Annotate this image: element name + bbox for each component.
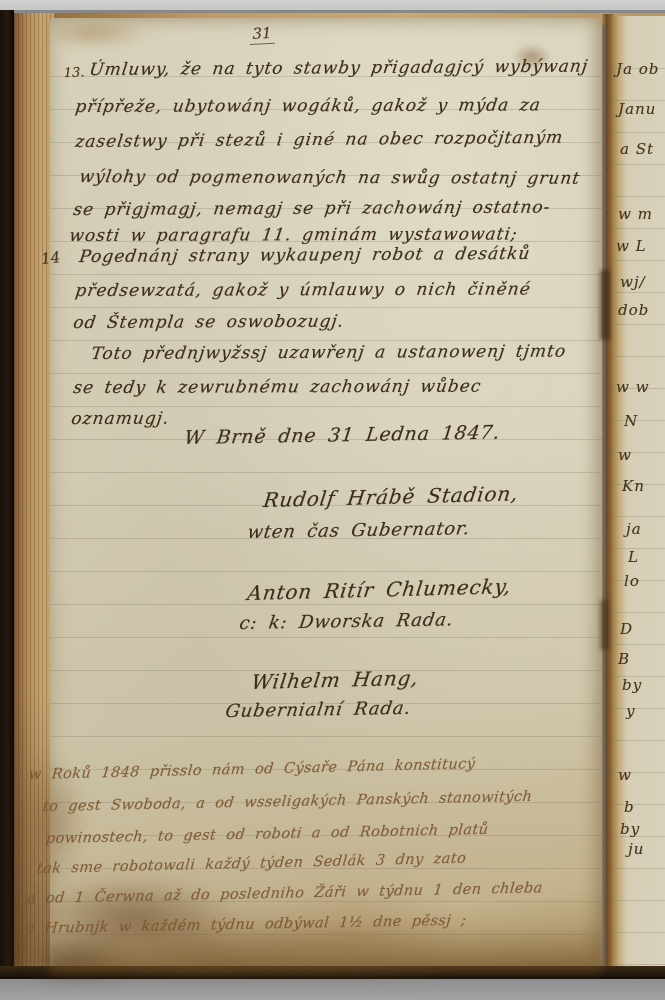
manuscript-line: přípřeže, ubytowánj wogáků, gakož y mýda… [74,95,542,117]
next-page-text-fragment: b [624,798,635,816]
signature-title: wten čas Gubernator. [246,518,471,543]
next-page-text-fragment: by [620,820,640,838]
paragraph-marker: 14 [40,248,61,268]
next-page-text-fragment: Janu [618,100,656,118]
background-strip-bottom [0,978,665,1000]
next-page-text-fragment: ju [628,840,644,858]
signature-title: Gubernialní Rada. [224,698,412,722]
next-page-text-fragment: w m [618,205,653,223]
manuscript-line: se přigjmagj, nemagj se při zachowánj os… [72,198,552,220]
manuscript-line: Úmluwy, že na tyto stawby přigadagjcý wy… [88,57,589,80]
next-page-text-fragment: w w [616,378,649,396]
next-page-text-fragment: y [626,702,635,720]
page-number: 31 [249,24,275,45]
manuscript-line: Pogednánj strany wykaupenj robot a desát… [78,244,532,267]
next-page-text-fragment: lo [624,572,640,590]
next-page-text-fragment: a St [620,140,654,158]
manuscript-line: se tedy k zewrubnému zachowánj wůbec [72,377,483,398]
manuscript-line: oznamugj. [70,409,171,429]
manuscript-line: wýlohy od pogmenowaných na swůg ostatnj … [78,167,582,189]
next-page-text-fragment: D [620,620,633,638]
next-page-text-fragment: dob [618,301,649,319]
paragraph-marker: 13. [63,65,84,81]
manuscript-line: Toto přednjwyžssj uzawřenj a ustanowenj … [90,342,567,364]
manuscript-line: předsewzatá, gakož y úmlauwy o nich čině… [74,279,532,301]
next-page-text-fragment: L [628,548,639,566]
next-page-text-fragment: Kn [622,477,645,495]
next-page-text-fragment: w [618,446,632,464]
next-page-text-fragment: wj/ [620,273,646,291]
next-page-text-fragment: by [622,676,642,694]
book-bottom-edge [0,966,665,979]
next-page-text-fragment: N [624,412,638,430]
book-cover-edge [0,10,14,976]
next-page-text-fragment: w L [616,237,647,255]
page-edges-left [14,13,54,968]
next-page-text-fragment: w [618,766,632,784]
manuscript-line: od Štempla se oswobozugj. [72,312,345,333]
signature-name: Wilhelm Hang, [250,666,420,694]
next-page-text-fragment: ja [626,520,642,538]
photo-background: 31 13. Úmluwy, že na tyto stawby přigada… [0,0,665,1000]
manuscript-line: wosti w paragrafu 11. gminám wystawowati… [68,224,519,246]
manuscript-line: zaselstwy při stezů i giné na obec rozpo… [74,128,564,152]
next-page-text-fragment: Ja ob [616,60,659,78]
signature-title: c: k: Dworska Rada. [238,609,455,634]
next-page-text-fragment: B [618,650,630,668]
